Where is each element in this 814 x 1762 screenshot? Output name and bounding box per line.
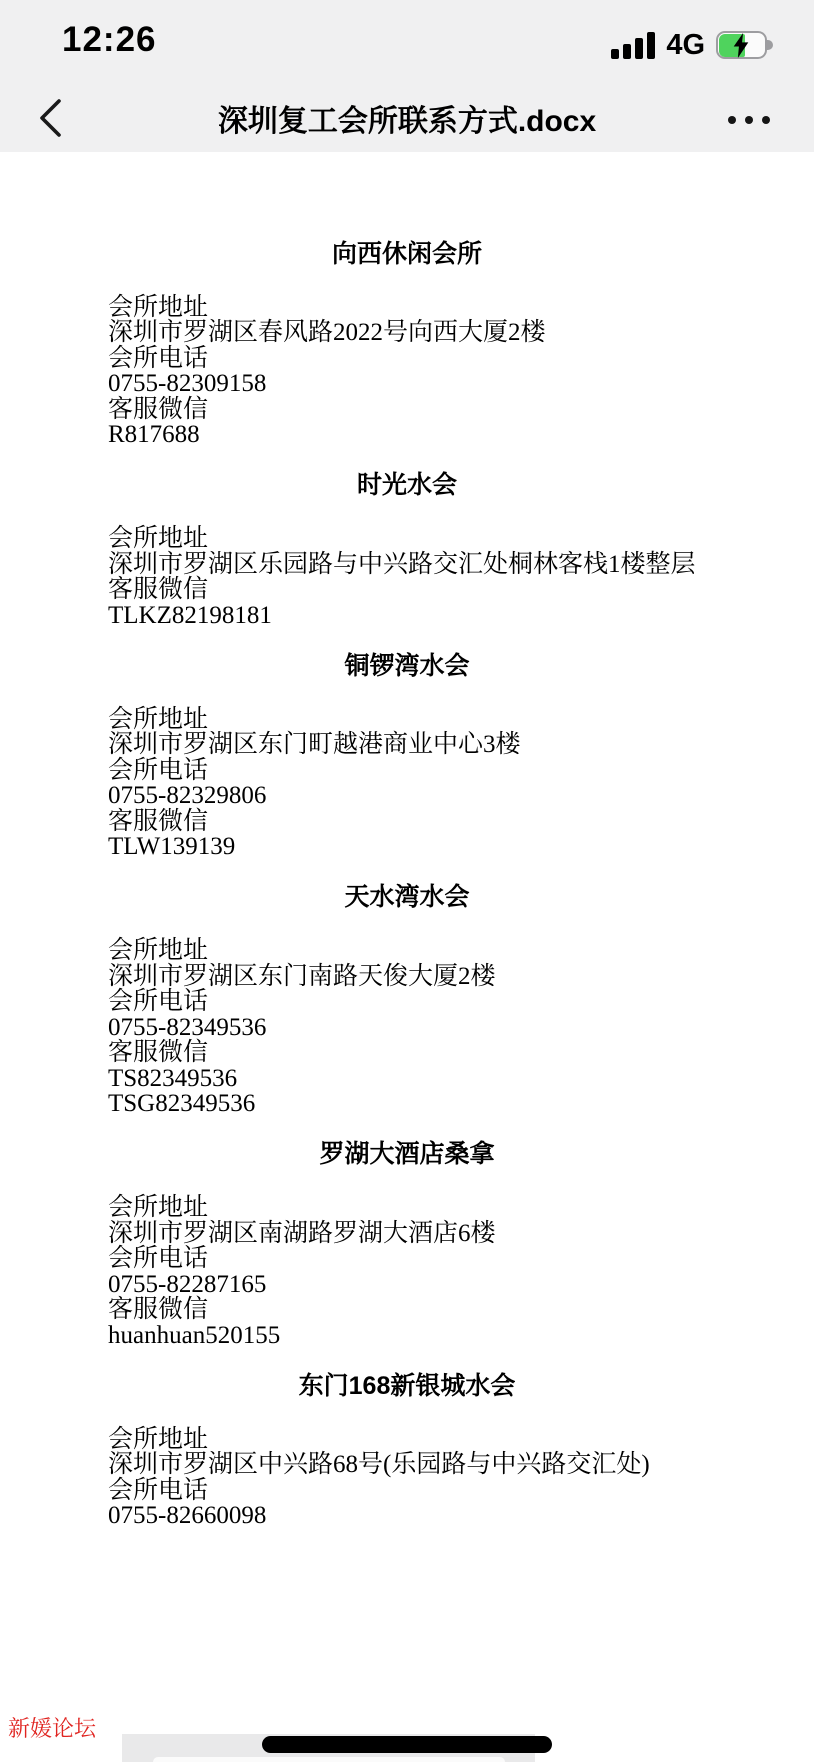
doc-line: 深圳市罗湖区东门南路天俊大厦2楼 bbox=[108, 964, 706, 990]
doc-line: 会所地址 bbox=[108, 707, 706, 733]
doc-line: 会所电话 bbox=[108, 758, 706, 784]
contact-value: 0755-82349536 bbox=[108, 1015, 706, 1041]
doc-line: 深圳市罗湖区乐园路与中兴路交汇处桐林客栈1楼整层 bbox=[108, 552, 706, 578]
club-name-heading: 东门168新银城水会 bbox=[108, 1374, 706, 1400]
doc-line: 深圳市罗湖区春风路2022号向西大厦2楼 bbox=[108, 320, 706, 346]
doc-line: 会所地址 bbox=[108, 1195, 706, 1221]
contact-value: TLW139139 bbox=[108, 834, 706, 860]
club-name-heading: 天水湾水会 bbox=[108, 885, 706, 911]
club-section: 天水湾水会会所地址深圳市罗湖区东门南路天俊大厦2楼会所电话0755-823495… bbox=[108, 885, 706, 1117]
contact-value: huanhuan520155 bbox=[108, 1323, 706, 1349]
contact-value: 0755-82660098 bbox=[108, 1503, 706, 1529]
doc-line: 会所电话 bbox=[108, 1478, 706, 1504]
doc-line: 客服微信 bbox=[108, 397, 706, 423]
watermark-text: 新媛论坛 bbox=[8, 1716, 96, 1742]
doc-line: 会所地址 bbox=[108, 1427, 706, 1453]
status-bar: 12:26 4G bbox=[0, 0, 814, 84]
doc-line: 深圳市罗湖区南湖路罗湖大酒店6楼 bbox=[108, 1221, 706, 1247]
club-section: 东门168新银城水会会所地址深圳市罗湖区中兴路68号(乐园路与中兴路交汇处)会所… bbox=[108, 1374, 706, 1529]
doc-line: 深圳市罗湖区东门町越港商业中心3楼 bbox=[108, 732, 706, 758]
club-section: 向西休闲会所会所地址深圳市罗湖区春风路2022号向西大厦2楼会所电话0755-8… bbox=[108, 242, 706, 448]
network-type-label: 4G bbox=[666, 29, 705, 62]
doc-line: 客服微信 bbox=[108, 1040, 706, 1066]
chevron-left-icon bbox=[36, 97, 66, 139]
status-icons: 4G bbox=[611, 28, 774, 62]
contact-value: 0755-82329806 bbox=[108, 783, 706, 809]
contact-value: TSG82349536 bbox=[108, 1091, 706, 1117]
contact-value: TLKZ82198181 bbox=[108, 603, 706, 629]
top-chrome: 12:26 4G 深圳复工会所联系方式.doc bbox=[0, 0, 814, 152]
back-button[interactable] bbox=[36, 97, 66, 139]
doc-line: 会所电话 bbox=[108, 346, 706, 372]
battery-charging-icon bbox=[716, 31, 774, 59]
club-name-heading: 罗湖大酒店桑拿 bbox=[108, 1142, 706, 1168]
contact-value: 0755-82309158 bbox=[108, 371, 706, 397]
contact-value: TS82349536 bbox=[108, 1066, 706, 1092]
doc-line: 会所地址 bbox=[108, 295, 706, 321]
lightning-bolt-icon bbox=[733, 33, 749, 58]
phone-screen: 12:26 4G 深圳复工会所联系方式.doc bbox=[0, 0, 814, 1762]
contact-value: R817688 bbox=[108, 422, 706, 448]
club-name-heading: 时光水会 bbox=[108, 473, 706, 499]
club-name-heading: 铜锣湾水会 bbox=[108, 654, 706, 680]
contact-value: 0755-82287165 bbox=[108, 1272, 706, 1298]
doc-line: 会所电话 bbox=[108, 989, 706, 1015]
document-title: 深圳复工会所联系方式.docx bbox=[218, 96, 596, 140]
club-section: 罗湖大酒店桑拿会所地址深圳市罗湖区南湖路罗湖大酒店6楼会所电话0755-8228… bbox=[108, 1142, 706, 1348]
doc-line: 深圳市罗湖区中兴路68号(乐园路与中兴路交汇处) bbox=[108, 1452, 706, 1478]
doc-line: 会所电话 bbox=[108, 1246, 706, 1272]
nav-bar: 深圳复工会所联系方式.docx bbox=[0, 84, 814, 152]
document-viewer[interactable]: 向西休闲会所会所地址深圳市罗湖区春风路2022号向西大厦2楼会所电话0755-8… bbox=[108, 152, 706, 1529]
doc-line: 会所地址 bbox=[108, 526, 706, 552]
club-section: 时光水会会所地址深圳市罗湖区乐园路与中兴路交汇处桐林客栈1楼整层客服微信TLKZ… bbox=[108, 473, 706, 628]
doc-line: 客服微信 bbox=[108, 1297, 706, 1323]
doc-line: 客服微信 bbox=[108, 577, 706, 603]
bottom-card-peek bbox=[153, 1757, 505, 1762]
club-section: 铜锣湾水会会所地址深圳市罗湖区东门町越港商业中心3楼会所电话0755-82329… bbox=[108, 654, 706, 860]
doc-line: 客服微信 bbox=[108, 809, 706, 835]
cellular-signal-icon bbox=[611, 32, 655, 59]
doc-line: 会所地址 bbox=[108, 938, 706, 964]
status-time: 12:26 bbox=[62, 20, 157, 60]
home-indicator[interactable] bbox=[262, 1736, 552, 1753]
club-name-heading: 向西休闲会所 bbox=[108, 242, 706, 268]
more-options-button[interactable] bbox=[728, 106, 770, 134]
